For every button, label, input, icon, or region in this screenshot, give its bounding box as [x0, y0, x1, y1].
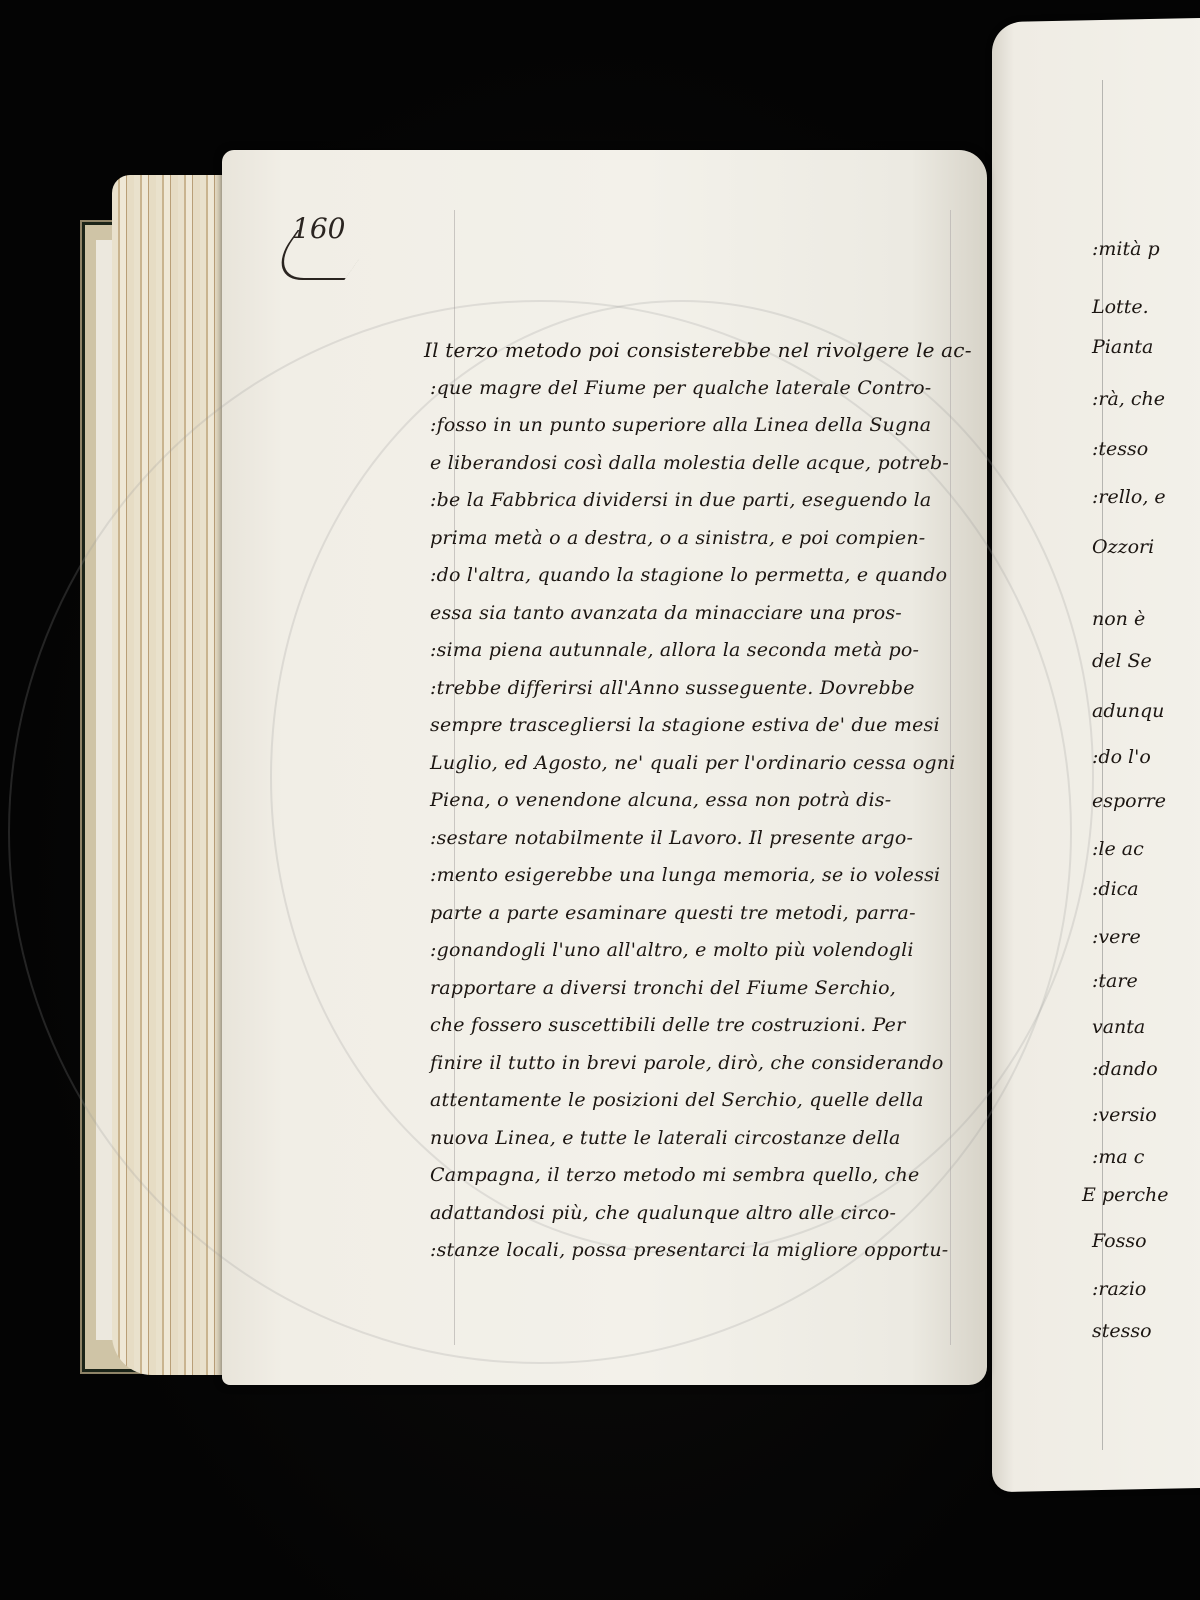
text-line: finire il tutto in brevi parole, dirò, c…	[430, 1045, 970, 1083]
text-line: :rà, che	[1092, 388, 1165, 410]
text-line: Fosso	[1092, 1230, 1147, 1252]
text-line: attentamente le posizioni del Serchio, q…	[430, 1082, 970, 1120]
text-line: :razio	[1092, 1278, 1146, 1300]
text-line: :que magre del Fiume per qualche lateral…	[430, 370, 970, 408]
text-line: essa sia tanto avanzata da minacciare un…	[430, 595, 970, 633]
text-line: :sima piena autunnale, allora la seconda…	[430, 632, 970, 670]
text-line: del Se	[1092, 650, 1152, 672]
text-line: Piena, o venendone alcuna, essa non potr…	[430, 782, 970, 820]
text-line: e liberandosi così dalla molestia delle …	[430, 445, 970, 483]
text-line: :dica	[1092, 878, 1139, 900]
text-line: stesso	[1092, 1320, 1152, 1342]
text-line: adunqu	[1092, 700, 1164, 722]
text-line: :mento esigerebbe una lunga memoria, se …	[430, 857, 970, 895]
text-line: nuova Linea, e tutte le laterali circost…	[430, 1120, 970, 1158]
text-line: :vere	[1092, 926, 1141, 948]
text-line: E perche	[1082, 1184, 1169, 1206]
text-line: :do l'o	[1092, 746, 1151, 768]
text-line: non è	[1092, 608, 1145, 630]
text-line: :stanze locali, possa presentarci la mig…	[430, 1232, 970, 1270]
text-line: parte a parte esaminare questi tre metod…	[430, 895, 970, 933]
text-line: :tesso	[1092, 438, 1148, 460]
text-line: Lotte.	[1092, 296, 1149, 318]
text-line: Pianta	[1092, 336, 1153, 358]
text-line: Ozzori	[1092, 536, 1154, 558]
text-line: Campagna, il terzo metodo mi sembra quel…	[430, 1157, 970, 1195]
text-line: rapportare a diversi tronchi del Fiume S…	[430, 970, 970, 1008]
text-line: :dando	[1092, 1058, 1158, 1080]
text-line: sempre trascegliersi la stagione estiva …	[430, 707, 970, 745]
text-line: Luglio, ed Agosto, ne' quali per l'ordin…	[430, 745, 970, 783]
text-line: :versio	[1092, 1104, 1157, 1126]
text-line: :sestare notabilmente il Lavoro. Il pres…	[430, 820, 970, 858]
text-line: :fosso in un punto superiore alla Linea …	[430, 407, 970, 445]
text-line: che fossero suscettibili delle tre costr…	[430, 1007, 970, 1045]
text-line: :rello, e	[1092, 486, 1166, 508]
text-line: :gonandogli l'uno all'altro, e molto più…	[430, 932, 970, 970]
text-line: :ma c	[1092, 1146, 1144, 1168]
text-line: :tare	[1092, 970, 1138, 992]
text-line: Il terzo metodo poi consisterebbe nel ri…	[430, 332, 970, 370]
text-line: :mità p	[1092, 238, 1160, 260]
text-line: :trebbe differirsi all'Anno susseguente.…	[430, 670, 970, 708]
text-line: :do l'altra, quando la stagione lo perme…	[430, 557, 970, 595]
text-line: prima metà o a destra, o a sinistra, e p…	[430, 520, 970, 558]
text-line: esporre	[1092, 790, 1166, 812]
text-line: :le ac	[1092, 838, 1144, 860]
text-line: adattandosi più, che qualunque altro all…	[430, 1195, 970, 1233]
manuscript-text-left: Il terzo metodo poi consisterebbe nel ri…	[430, 332, 970, 1270]
text-line: :be la Fabbrica dividersi in due parti, …	[430, 482, 970, 520]
text-line: vanta	[1092, 1016, 1145, 1038]
